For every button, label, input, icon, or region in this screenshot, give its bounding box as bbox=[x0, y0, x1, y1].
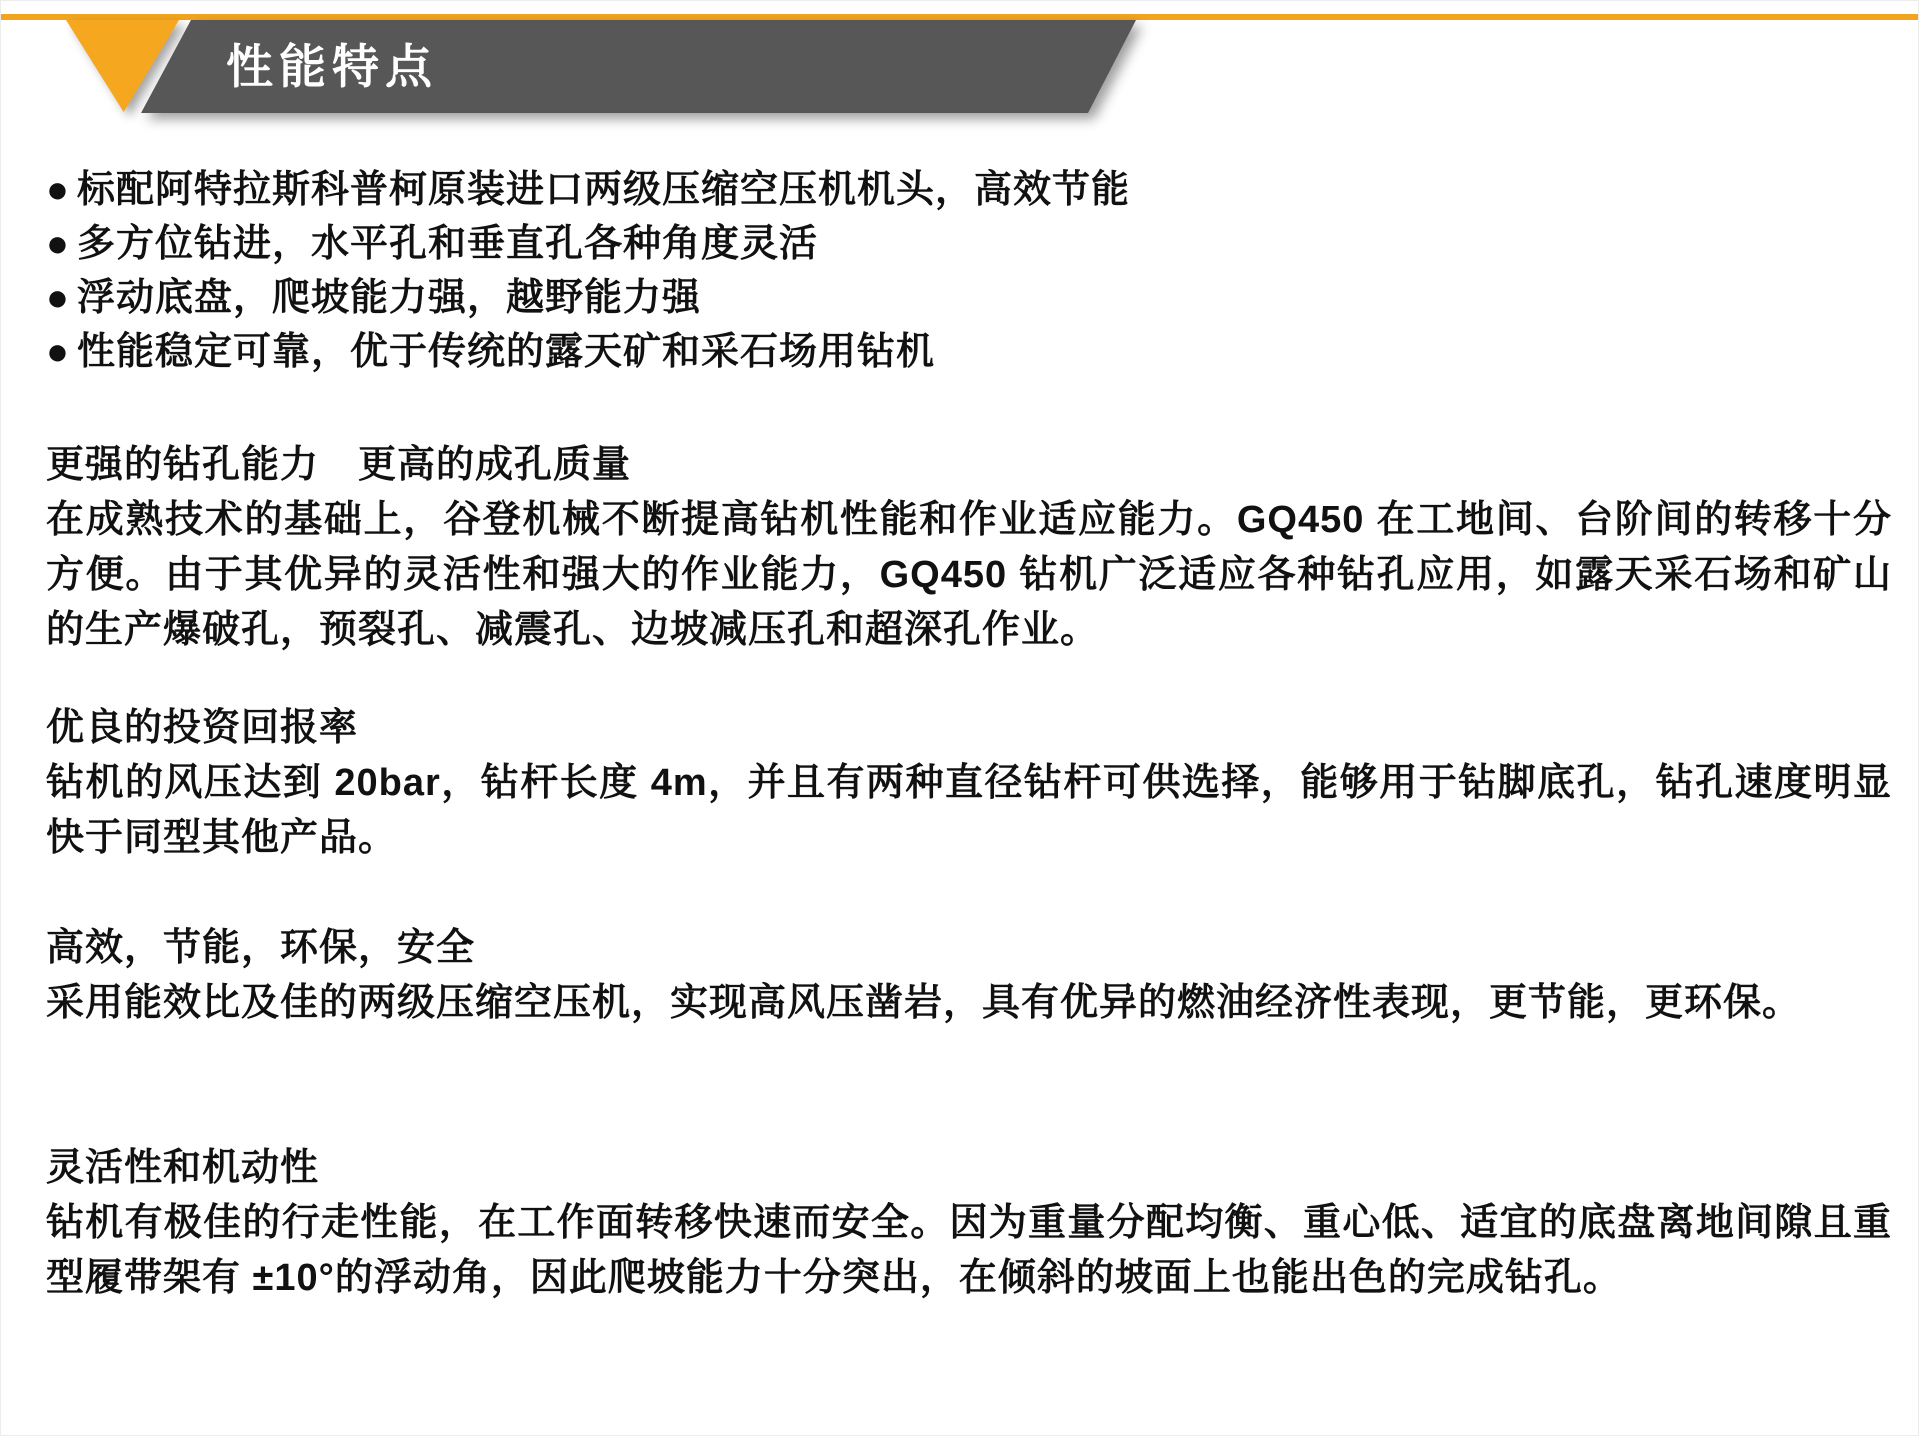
feature-text: 性能稳定可靠，优于传统的露天矿和采石场用钻机 bbox=[77, 325, 935, 379]
page: 性能特点 ● 标配阿特拉斯科普柯原装进口两级压缩空压机机头，高效节能 ● 多方位… bbox=[0, 0, 1919, 1436]
section-body: 采用能效比及佳的两级压缩空压机，实现高风压凿岩，具有优异的燃油经济性表现，更节能… bbox=[46, 976, 1892, 1031]
bullet-icon: ● bbox=[46, 217, 69, 271]
feature-text: 标配阿特拉斯科普柯原装进口两级压缩空压机机头，高效节能 bbox=[77, 163, 1130, 217]
section-drilling-capacity: 更强的钻孔能力 更高的成孔质量 在成熟技术的基础上，谷登机械不断提高钻机性能和作… bbox=[46, 438, 1892, 658]
page-title: 性能特点 bbox=[141, 20, 1136, 113]
section-roi: 优良的投资回报率 钻机的风压达到 20bar，钻杆长度 4m，并且有两种直径钻杆… bbox=[46, 701, 1892, 866]
feature-item: ● 多方位钻进，水平孔和垂直孔各种角度灵活 bbox=[46, 217, 1892, 271]
section-heading: 灵活性和机动性 bbox=[46, 1141, 1892, 1196]
section-efficiency: 高效，节能，环保，安全 采用能效比及佳的两级压缩空压机，实现高风压凿岩，具有优异… bbox=[46, 921, 1892, 1031]
section-heading: 优良的投资回报率 bbox=[46, 701, 1892, 756]
feature-text: 浮动底盘，爬坡能力强，越野能力强 bbox=[77, 271, 701, 325]
bullet-icon: ● bbox=[46, 163, 69, 217]
section-body: 钻机有极佳的行走性能，在工作面转移快速而安全。因为重量分配均衡、重心低、适宜的底… bbox=[46, 1196, 1892, 1306]
section-body: 在成熟技术的基础上，谷登机械不断提高钻机性能和作业适应能力。GQ450 在工地间… bbox=[46, 493, 1892, 658]
bullet-icon: ● bbox=[46, 325, 69, 379]
feature-item: ● 浮动底盘，爬坡能力强，越野能力强 bbox=[46, 271, 1892, 325]
feature-item: ● 性能稳定可靠，优于传统的露天矿和采石场用钻机 bbox=[46, 325, 1892, 379]
feature-text: 多方位钻进，水平孔和垂直孔各种角度灵活 bbox=[77, 217, 818, 271]
section-body: 钻机的风压达到 20bar，钻杆长度 4m，并且有两种直径钻杆可供选择，能够用于… bbox=[46, 756, 1892, 866]
bullet-icon: ● bbox=[46, 271, 69, 325]
title-banner: 性能特点 bbox=[141, 20, 1136, 113]
section-heading: 更强的钻孔能力 更高的成孔质量 bbox=[46, 438, 1892, 493]
feature-item: ● 标配阿特拉斯科普柯原装进口两级压缩空压机机头，高效节能 bbox=[46, 163, 1892, 217]
section-mobility: 灵活性和机动性 钻机有极佳的行走性能，在工作面转移快速而安全。因为重量分配均衡、… bbox=[46, 1141, 1892, 1306]
feature-list: ● 标配阿特拉斯科普柯原装进口两级压缩空压机机头，高效节能 ● 多方位钻进，水平… bbox=[46, 163, 1892, 379]
title-banner-shape: 性能特点 bbox=[141, 20, 1136, 113]
section-heading: 高效，节能，环保，安全 bbox=[46, 921, 1892, 976]
